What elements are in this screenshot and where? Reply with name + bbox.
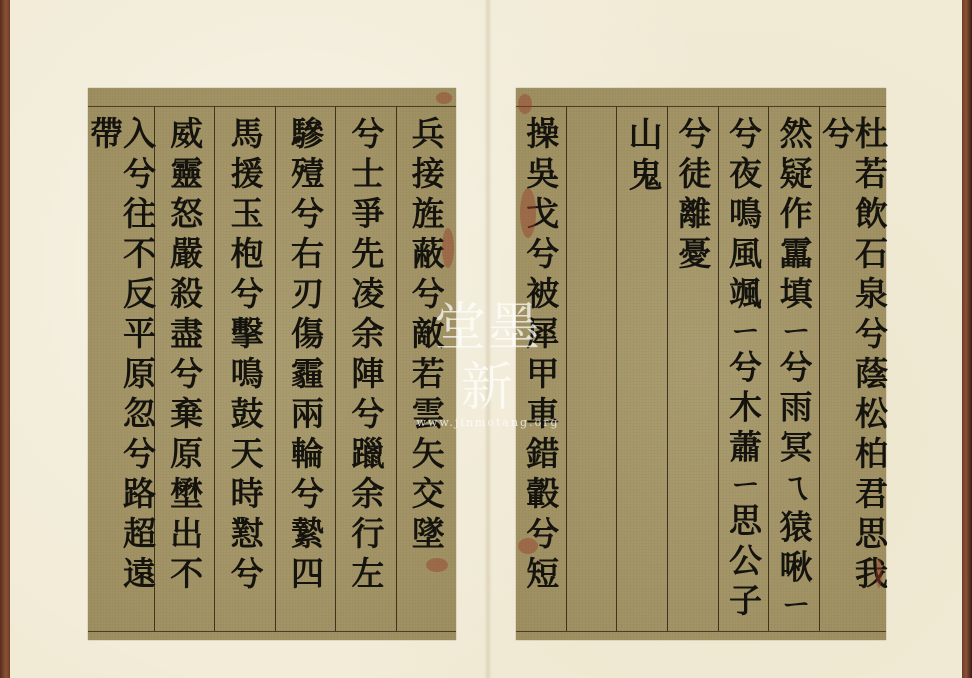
text-column: 然疑作靁填ㄧ兮雨冥ㄟ猿啾ㄧ — [768, 106, 819, 631]
stain — [436, 92, 452, 104]
text-column: 兵接旌蔽兮敵若雲矢交墜 — [396, 106, 456, 631]
column-text: 威靈怒嚴殺盡兮棄原壄出不 — [168, 116, 201, 596]
center-fold — [484, 0, 492, 678]
column-text: 驂殪兮右刃傷霾兩輪兮縶四 — [289, 116, 322, 596]
column-text: 入兮往不反平原忽兮路超遠帶 — [88, 116, 154, 631]
text-column: 入兮往不反平原忽兮路超遠帶 — [88, 106, 154, 631]
text-column: 兮夜鳴風颯ㄧ兮木蕭ㄧ思公子 — [718, 106, 769, 631]
column-text: 兮徒離憂 — [676, 116, 709, 276]
text-column: 杜若飲石泉兮蔭松柏君思我兮 — [819, 106, 886, 631]
stain — [442, 228, 454, 268]
text-column: 威靈怒嚴殺盡兮棄原壄出不 — [154, 106, 214, 631]
column-text: 兮夜鳴風颯ㄧ兮木蕭ㄧ思公子 — [727, 116, 760, 623]
left-columns: 兵接旌蔽兮敵若雲矢交墜 兮士爭先凌余陣兮躐余行左 驂殪兮右刃傷霾兩輪兮縶四 馬援… — [88, 106, 456, 632]
text-column — [566, 106, 617, 631]
panel-top-band — [516, 88, 886, 107]
mount-border-right — [962, 0, 972, 678]
column-text: 兵接旌蔽兮敵若雲矢交墜 — [410, 116, 443, 556]
left-calligraphy-panel: 兵接旌蔽兮敵若雲矢交墜 兮士爭先凌余陣兮躐余行左 驂殪兮右刃傷霾兩輪兮縶四 馬援… — [88, 88, 456, 640]
column-text: 杜若飲石泉兮蔭松柏君思我兮 — [820, 116, 886, 631]
column-text: 馬援玉枹兮擊鳴鼓天時懟兮 — [229, 116, 262, 596]
stain — [876, 558, 882, 588]
column-text: 兮士爭先凌余陣兮躐余行左 — [349, 116, 382, 596]
right-columns: 杜若飲石泉兮蔭松柏君思我兮 然疑作靁填ㄧ兮雨冥ㄟ猿啾ㄧ 兮夜鳴風颯ㄧ兮木蕭ㄧ思公… — [516, 106, 886, 632]
stain — [518, 94, 532, 114]
text-column: 馬援玉枹兮擊鳴鼓天時懟兮 — [214, 106, 274, 631]
text-column: 兮士爭先凌余陣兮躐余行左 — [335, 106, 395, 631]
text-column: 山鬼 — [616, 106, 667, 631]
text-column: 兮徒離憂 — [667, 106, 718, 631]
text-column: 驂殪兮右刃傷霾兩輪兮縶四 — [275, 106, 335, 631]
stain — [520, 188, 536, 238]
right-calligraphy-panel: 杜若飲石泉兮蔭松柏君思我兮 然疑作靁填ㄧ兮雨冥ㄟ猿啾ㄧ 兮夜鳴風颯ㄧ兮木蕭ㄧ思公… — [516, 88, 886, 640]
poem-title: 山鬼 — [625, 116, 659, 198]
mount-border-left — [0, 0, 10, 678]
stain — [518, 538, 538, 554]
panel-top-band — [88, 88, 456, 107]
stain — [426, 558, 448, 572]
column-text: 然疑作靁填ㄧ兮雨冥ㄟ猿啾ㄧ — [778, 116, 811, 623]
